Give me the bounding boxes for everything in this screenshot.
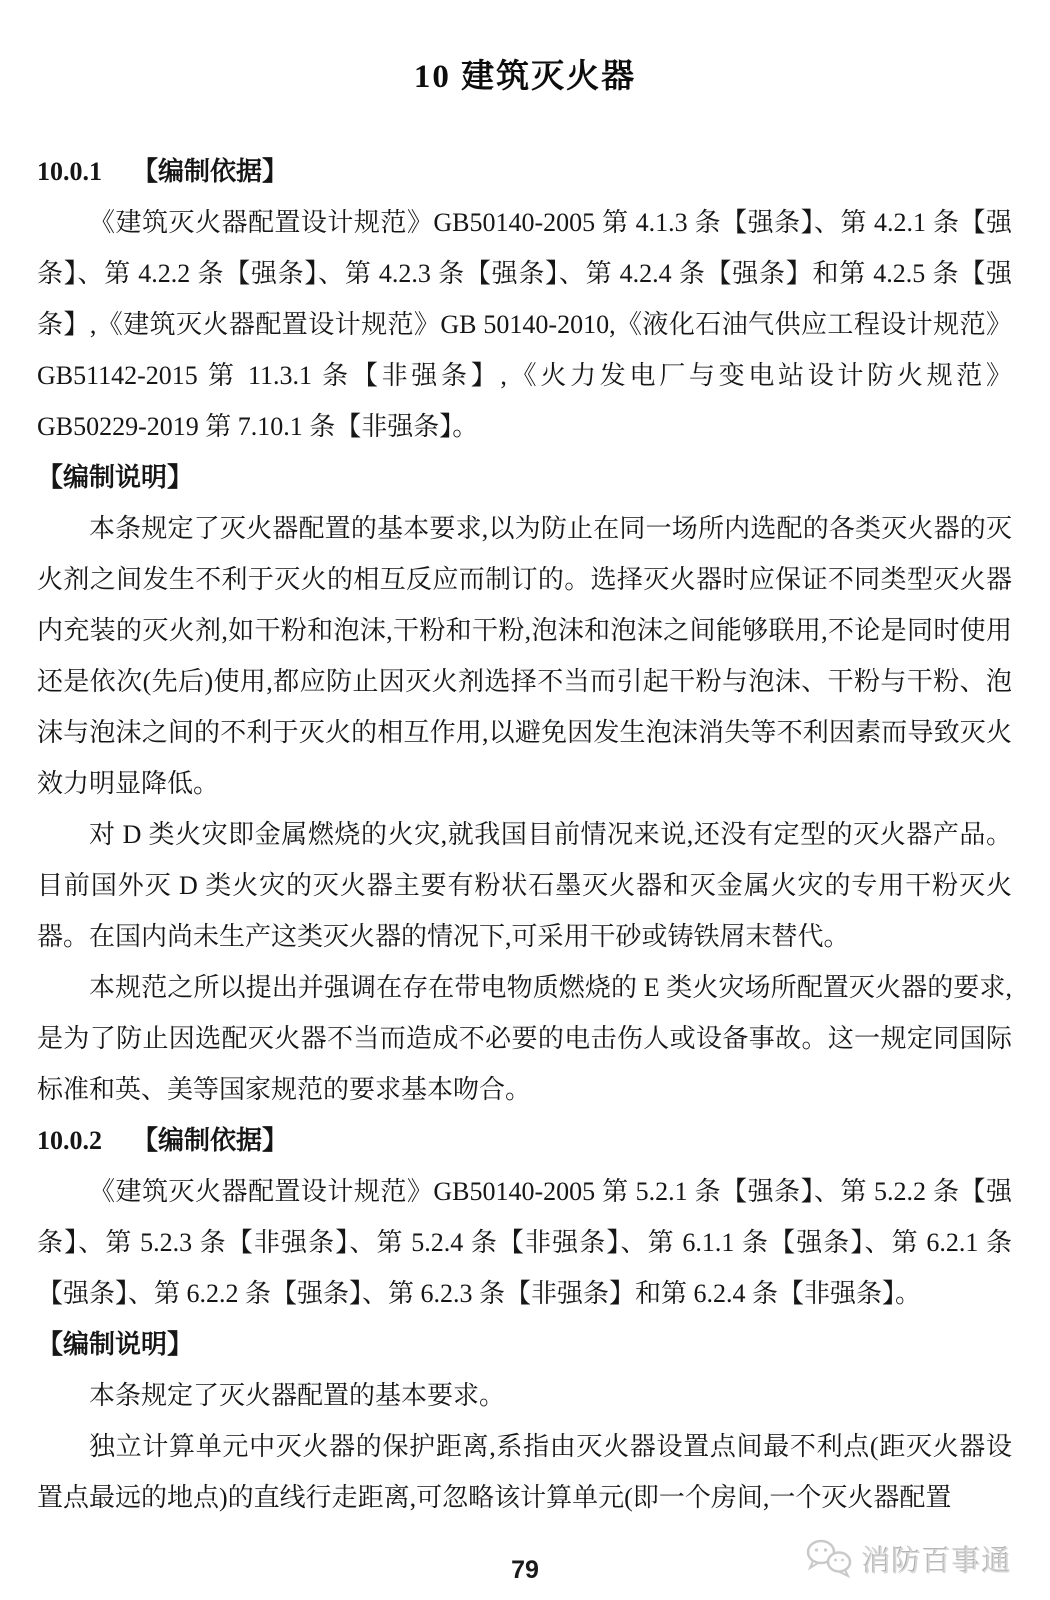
section-number: 10.0.1 — [37, 146, 102, 197]
page-number: 79 — [0, 1556, 1050, 1585]
section-heading-label: 【编制依据】 — [132, 1126, 288, 1155]
section-heading-label: 【编制依据】 — [132, 157, 288, 186]
section-heading-10-0-2: 10.0.2【编制依据】 — [37, 1115, 1012, 1166]
para-explanation-1a: 本条规定了灭火器配置的基本要求,以为防止在同一场所内选配的各类灭火器的灭火剂之间… — [37, 503, 1012, 809]
para-explanation-2b: 独立计算单元中灭火器的保护距离,系指由灭火器设置点间最不利点(距灭火器设置点最远… — [37, 1421, 1012, 1523]
section-heading-10-0-1: 10.0.1【编制依据】 — [37, 146, 1012, 197]
page-title: 10 建筑灭火器 — [0, 56, 1050, 98]
section-number: 10.0.2 — [37, 1115, 102, 1166]
para-explanation-1c: 本规范之所以提出并强调在存在带电物质燃烧的 E 类火灾场所配置灭火器的要求,是为… — [37, 962, 1012, 1115]
document-page: 10 建筑灭火器 10.0.1【编制依据】 《建筑灭火器配置设计规范》GB501… — [0, 0, 1050, 1600]
para-basis-10-0-1: 《建筑灭火器配置设计规范》GB50140-2005 第 4.1.3 条【强条】、… — [37, 197, 1012, 452]
document-body: 10.0.1【编制依据】 《建筑灭火器配置设计规范》GB50140-2005 第… — [37, 146, 1012, 1523]
para-basis-10-0-2: 《建筑灭火器配置设计规范》GB50140-2005 第 5.2.1 条【强条】、… — [37, 1166, 1012, 1319]
para-explanation-2a: 本条规定了灭火器配置的基本要求。 — [37, 1370, 1012, 1421]
sub-heading-explanation-1: 【编制说明】 — [37, 452, 1012, 503]
sub-heading-explanation-2: 【编制说明】 — [37, 1319, 1012, 1370]
para-explanation-1b: 对 D 类火灾即金属燃烧的火灾,就我国目前情况来说,还没有定型的灭火器产品。目前… — [37, 809, 1012, 962]
